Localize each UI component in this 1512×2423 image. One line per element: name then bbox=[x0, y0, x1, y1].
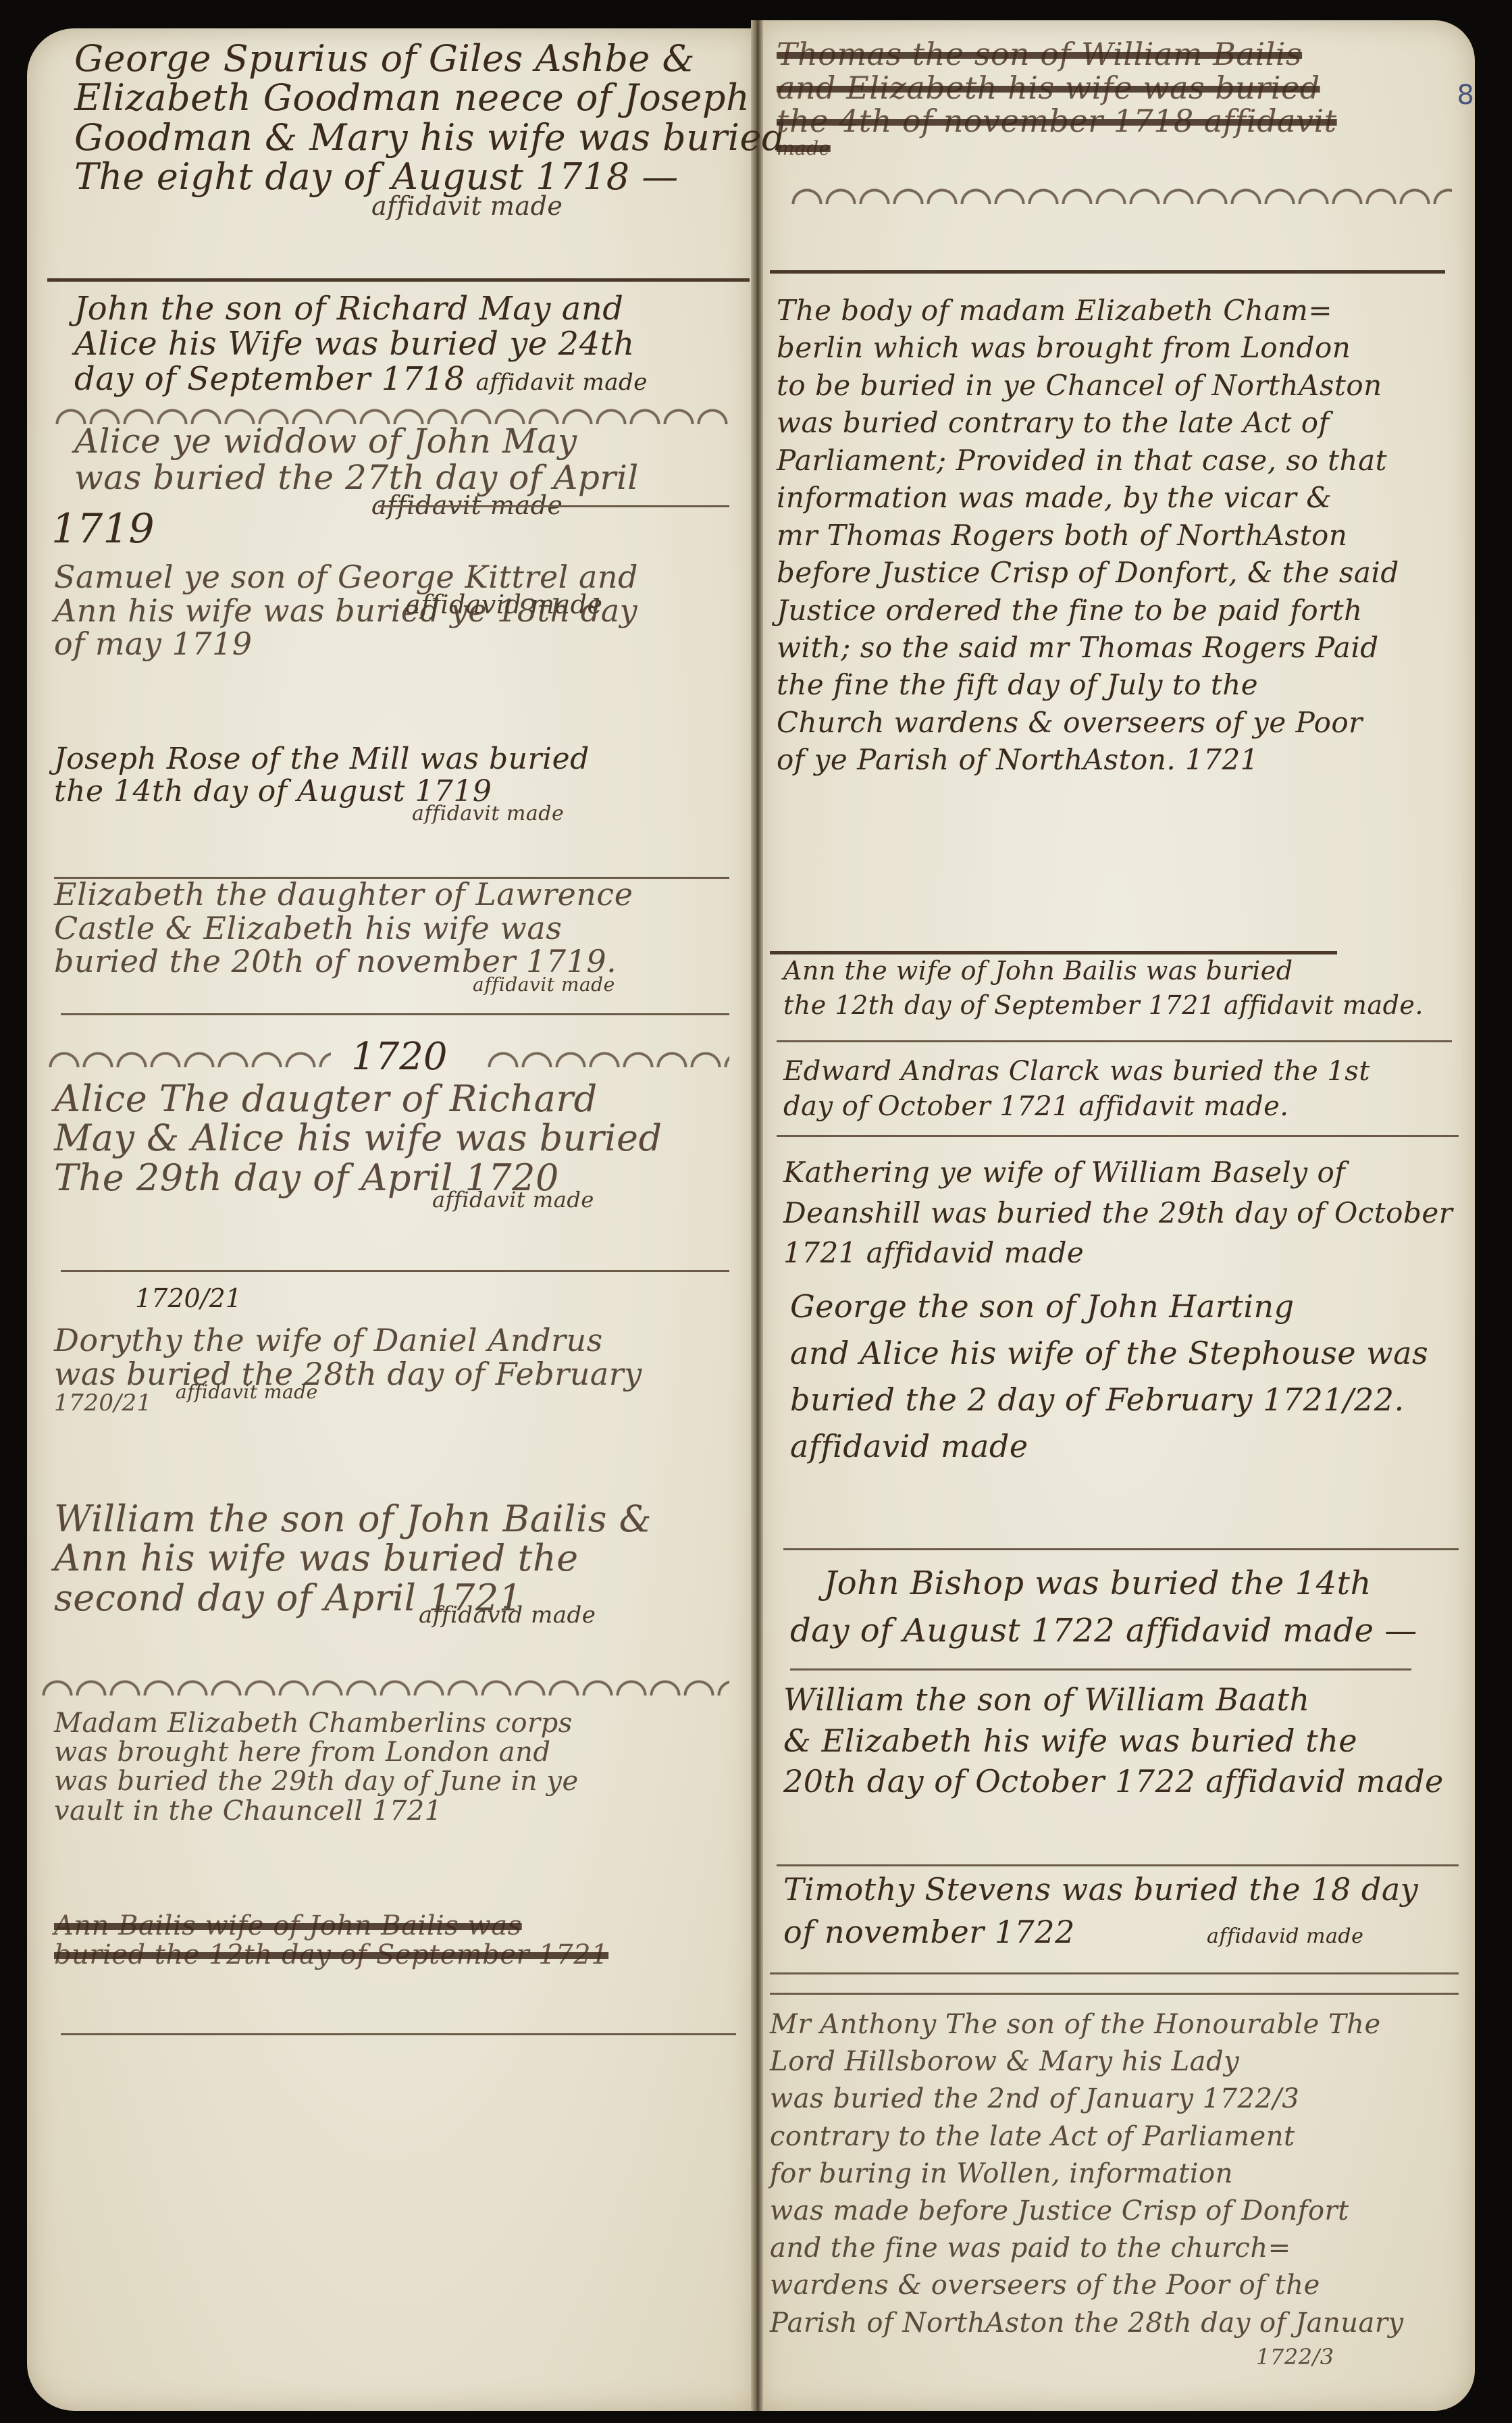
entry-anthony-hillsborow: Mr Anthony The son of the Honourable The… bbox=[770, 2006, 1465, 2372]
divider-rule bbox=[378, 505, 729, 507]
entry-madam-elizabeth-chamberlin: The body of madam Elizabeth Cham= berlin… bbox=[777, 292, 1472, 779]
entry-john-may: John the son of Richard May and Alice hi… bbox=[74, 292, 750, 397]
entry-kathering-basely: Kathering ye wife of William Basely of D… bbox=[783, 1152, 1472, 1273]
divider-rule bbox=[770, 1993, 1459, 1995]
entry-john-bishop: John Bishop was buried the 14th day of A… bbox=[790, 1560, 1472, 1654]
year-heading: 1720 bbox=[351, 1035, 448, 1079]
entry-joseph-rose: Joseph Rose of the Mill was buried the 1… bbox=[54, 743, 750, 825]
affidavit-note: affidavit made bbox=[476, 369, 648, 396]
divider-rule bbox=[770, 270, 1445, 274]
entry-timothy-stevens: Timothy Stevens was buried the 18 day of… bbox=[783, 1868, 1472, 1954]
entry-samuel-kittrel: Samuel ye son of George Kittrel and Ann … bbox=[54, 561, 750, 619]
entry-struck-ann-bailis: Ann Bailis wife of John Bailis was burie… bbox=[54, 1912, 750, 1970]
divider-rule bbox=[61, 2033, 736, 2035]
entry-struck-thomas-bailis: Thomas the son of William Bailis and Eli… bbox=[777, 38, 1452, 159]
entry-george-harting: George the son of John Harting and Alice… bbox=[790, 1283, 1472, 1470]
divider-rule bbox=[790, 1668, 1411, 1670]
entry-ann-bailis: Ann the wife of John Bailis was buried t… bbox=[783, 954, 1472, 1023]
entry-george-spurius: George Spurius of Giles Ashbe & Elizabet… bbox=[74, 39, 750, 220]
flourish-wavy-line bbox=[486, 1040, 729, 1067]
divider-rule bbox=[47, 278, 750, 282]
entry-alice-may: Alice The daugter of Richard May & Alice… bbox=[54, 1079, 750, 1211]
divider-rule bbox=[777, 1864, 1459, 1866]
entry-elizabeth-castle: Elizabeth the daughter of Lawrence Castl… bbox=[54, 878, 750, 995]
divider-rule bbox=[61, 1270, 729, 1272]
divider-rule bbox=[61, 1013, 729, 1015]
year-heading: 1720/21 bbox=[135, 1283, 242, 1313]
divider-rule bbox=[783, 1548, 1459, 1550]
folio-number: 8 bbox=[1457, 80, 1474, 111]
flourish-wavy-line bbox=[47, 1040, 331, 1067]
entry-william-baath: William the son of William Baath & Eliza… bbox=[783, 1679, 1472, 1802]
year-heading: 1719 bbox=[51, 505, 155, 553]
affidavit-note: affidavid made bbox=[1085, 1924, 1363, 1948]
book-gutter bbox=[751, 20, 763, 2411]
entry-dorythy-andrus: Dorythy the wife of Daniel Andrus was bu… bbox=[54, 1324, 750, 1402]
flourish-wavy-line bbox=[790, 177, 1452, 204]
entry-william-bailis: William the son of John Bailis & Ann his… bbox=[54, 1500, 750, 1628]
divider-rule bbox=[777, 1040, 1452, 1042]
flourish-wavy-line bbox=[54, 397, 729, 424]
entry-madam-chamberlin: Madam Elizabeth Chamberlins corps was br… bbox=[54, 1709, 750, 1826]
divider-rule bbox=[777, 1135, 1459, 1137]
flourish-wavy-line bbox=[41, 1668, 729, 1695]
entry-edward-andras-clarck: Edward Andras Clarck was buried the 1st … bbox=[783, 1054, 1472, 1124]
divider-rule bbox=[770, 1972, 1459, 1974]
